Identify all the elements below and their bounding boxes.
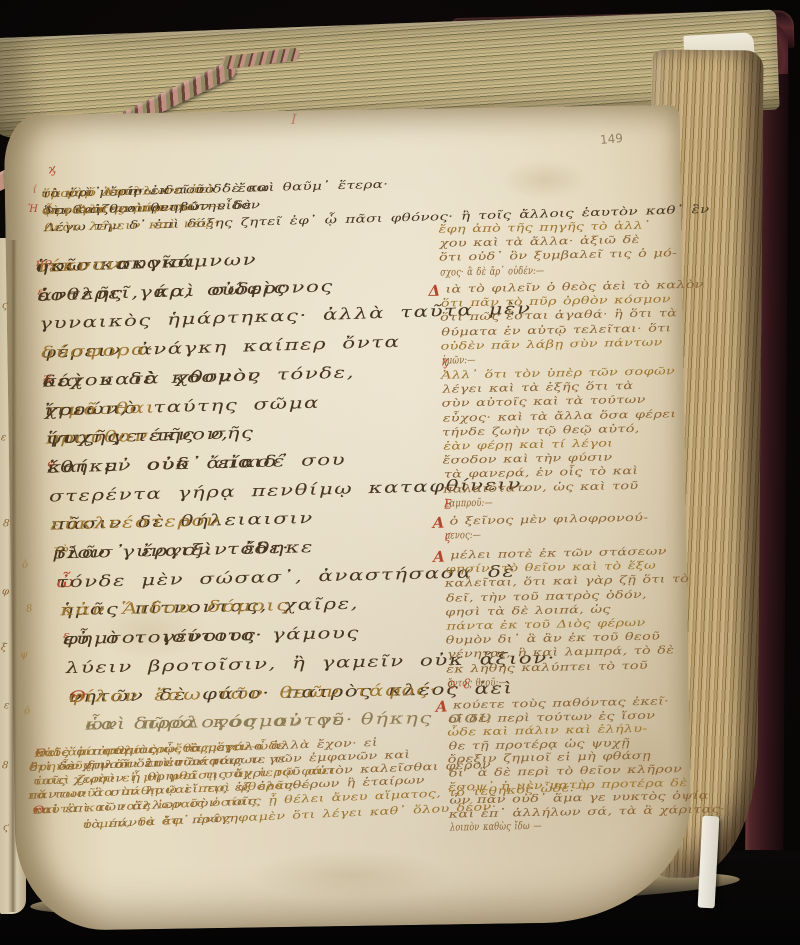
text-segment: ᾧ γάμοι ϗ ῥάμνου :— — [42, 199, 221, 217]
manuscript-photo: 149 Ι ϗ ΐ Ἡ τί καὶ μερίσω δεῖ τὸ δὲ καὶ … — [0, 0, 800, 945]
text-segment: φίλον ἔσω τῶν θεῶν τάφος· — [69, 680, 438, 705]
scholia-paragraph: Αὁ ξεῖνος μὲν φιλοφρονού-μενος:— ϛ — [443, 512, 643, 515]
end-ornament: ϗ — [442, 355, 450, 370]
text-segment: τλᾶσ᾽ ἔργον τόδε· — [54, 539, 291, 563]
scholia-paragraph: Διὰ τὸ φιλεῖν ὁ θεὸς ἀεὶ τὸ καλὸνὅτι πᾶν… — [439, 280, 639, 283]
main-text-block: ἥκω κακοῖσι πρσοῖσι συγκάμνων τέκνον·ἐσθ… — [35, 246, 458, 737]
facing-page-text-fragment: ξ — [0, 642, 7, 654]
text-segment: οὐδὲν πᾶν λάβῃ σὺν πάντων — [440, 336, 662, 352]
text-segment: σχος· ἃ δὲ ἄρ᾽ οὐδέν:— — [440, 264, 544, 278]
gutter-text-fragment: ό — [24, 705, 31, 716]
text-segment: ἀντερεῖ, καὶ σώφρονος — [37, 277, 334, 305]
facing-page-text-fragment: ϛ — [2, 822, 9, 834]
paragraph-initial: Α — [432, 514, 444, 532]
text-segment: εὖχος· καὶ τὰ ἄλλα ὅσα φέρει — [443, 408, 677, 424]
gutter-fragments-layer: ϛε8φξε8ϛὀ8ψό — [0, 0, 60, 945]
paragraph-initial: Δ — [428, 282, 440, 300]
text-segment: γένηται, ἢ καὶ λαμπρά, τὸ δὲ — [447, 645, 675, 661]
text-segment: φησὶ τὰ δὲ λοιπά, ὡς — [445, 603, 611, 618]
text-segment: σὺν αὐτοῖς καὶ τὰ τούτων — [441, 394, 645, 410]
text-segment: κἀν Ἅιδου δόμοις — [60, 596, 290, 619]
text-segment: ἐὰν φέρῃ καὶ τί λέγοι — [443, 437, 613, 452]
text-segment: παλαιότατον, ὡς καὶ τοῦ — [443, 479, 639, 495]
text-segment: ψυχῆς τέκνον, — [46, 425, 230, 448]
facing-page-text-fragment: ϛ — [1, 300, 8, 312]
scholia-paragraph: Αμέλει ποτὲ ἐκ τῶν στάσεωνφησίν· τὸ θεῖο… — [444, 546, 644, 549]
scholia-paragraph: Ακούετε τοὺς παθόντας ἐκεῖ·οἱ δέ, περὶ τ… — [447, 696, 647, 699]
text-segment: φημὶ τοιούτους γάμους — [63, 624, 360, 648]
end-ornament: ϛ — [445, 530, 453, 545]
text-segment: Ἀλλ᾽ ὅτι τὸν ὑπὲρ τῶν σοφῶν — [441, 365, 675, 381]
quire-mark: Ι — [291, 112, 297, 128]
text-segment: ὅτι πῶς ἔσται ἀγαθά· ἢ ὅτι τὰ — [440, 308, 677, 325]
text-segment: τὰ φανερά, ἐν οἷς τὸ καὶ — [444, 465, 639, 481]
text-segment: θύματα ἐν αὐτῷ τελεῖται· ὅτι — [441, 322, 671, 338]
bottom-scholia-block: καὶ ἅμα παλαιὸν ἔθος ὅτι:— Ε Θεὶς ὁ ποτα… — [29, 728, 652, 847]
gutter-text-fragment: ὀ — [22, 559, 29, 570]
text-segment: ὁ ξεῖνος μὲν φιλοφρονού- — [449, 512, 648, 528]
scholia-paragraph: Ἀλλ᾽ ὅτι τὸν ὑπὲρ τῶν σοφῶνλέγει καὶ τὰ … — [441, 366, 641, 369]
facing-page-text-fragment: φ — [1, 586, 9, 598]
end-ornament: Ε — [444, 497, 453, 512]
text-segment: ἔθηκεν οὐδ᾽ εἴασέ σου — [47, 450, 346, 476]
text-segment: ἔσοδον καὶ τὴν φύσιν — [442, 452, 612, 467]
text-segment: λέγει καὶ τὰ ἑξῆς ὅτι τὰ — [442, 380, 633, 396]
scholia-paragraph: ἔφη ἀπὸ τῆς πηγῆς τὸ ἀλλ᾽χου καὶ τὰ ἄλλα… — [438, 220, 638, 223]
facing-page-text-fragment: ε — [0, 432, 6, 444]
end-ornament: ⊙ Ɛ — [447, 677, 471, 692]
text-segment: πάντα ἐκ τοῦ Διὸς φέρων — [446, 617, 645, 633]
facing-page-text-fragment: 8 — [1, 760, 8, 772]
text-segment: ἐκ λήθης καλύπτει τὸ τοῦ — [446, 659, 648, 675]
paragraph-initial: Α — [436, 698, 448, 716]
paragraph-initial: Α — [433, 548, 445, 566]
text-segment: τήνδε ζωὴν τῷ θεῷ αὐτό, — [442, 423, 640, 439]
facing-page-text-fragment: 8 — [2, 518, 9, 530]
text-segment: θεὸν λέγειν καὶ νέῳ· — [44, 216, 219, 234]
text-segment: εὐκλεέστερον — [51, 511, 221, 533]
text-segment: δεῖ, τὴν τοῦ πατρὸς ὁδόν, — [446, 588, 647, 604]
gutter-text-fragment: 8 — [26, 603, 33, 615]
text-segment: καὶ κατὰ χθονὸς — [42, 366, 261, 390]
facing-page-text-fragment: ε — [3, 700, 9, 712]
gutter-text-fragment: ψ — [20, 649, 29, 661]
